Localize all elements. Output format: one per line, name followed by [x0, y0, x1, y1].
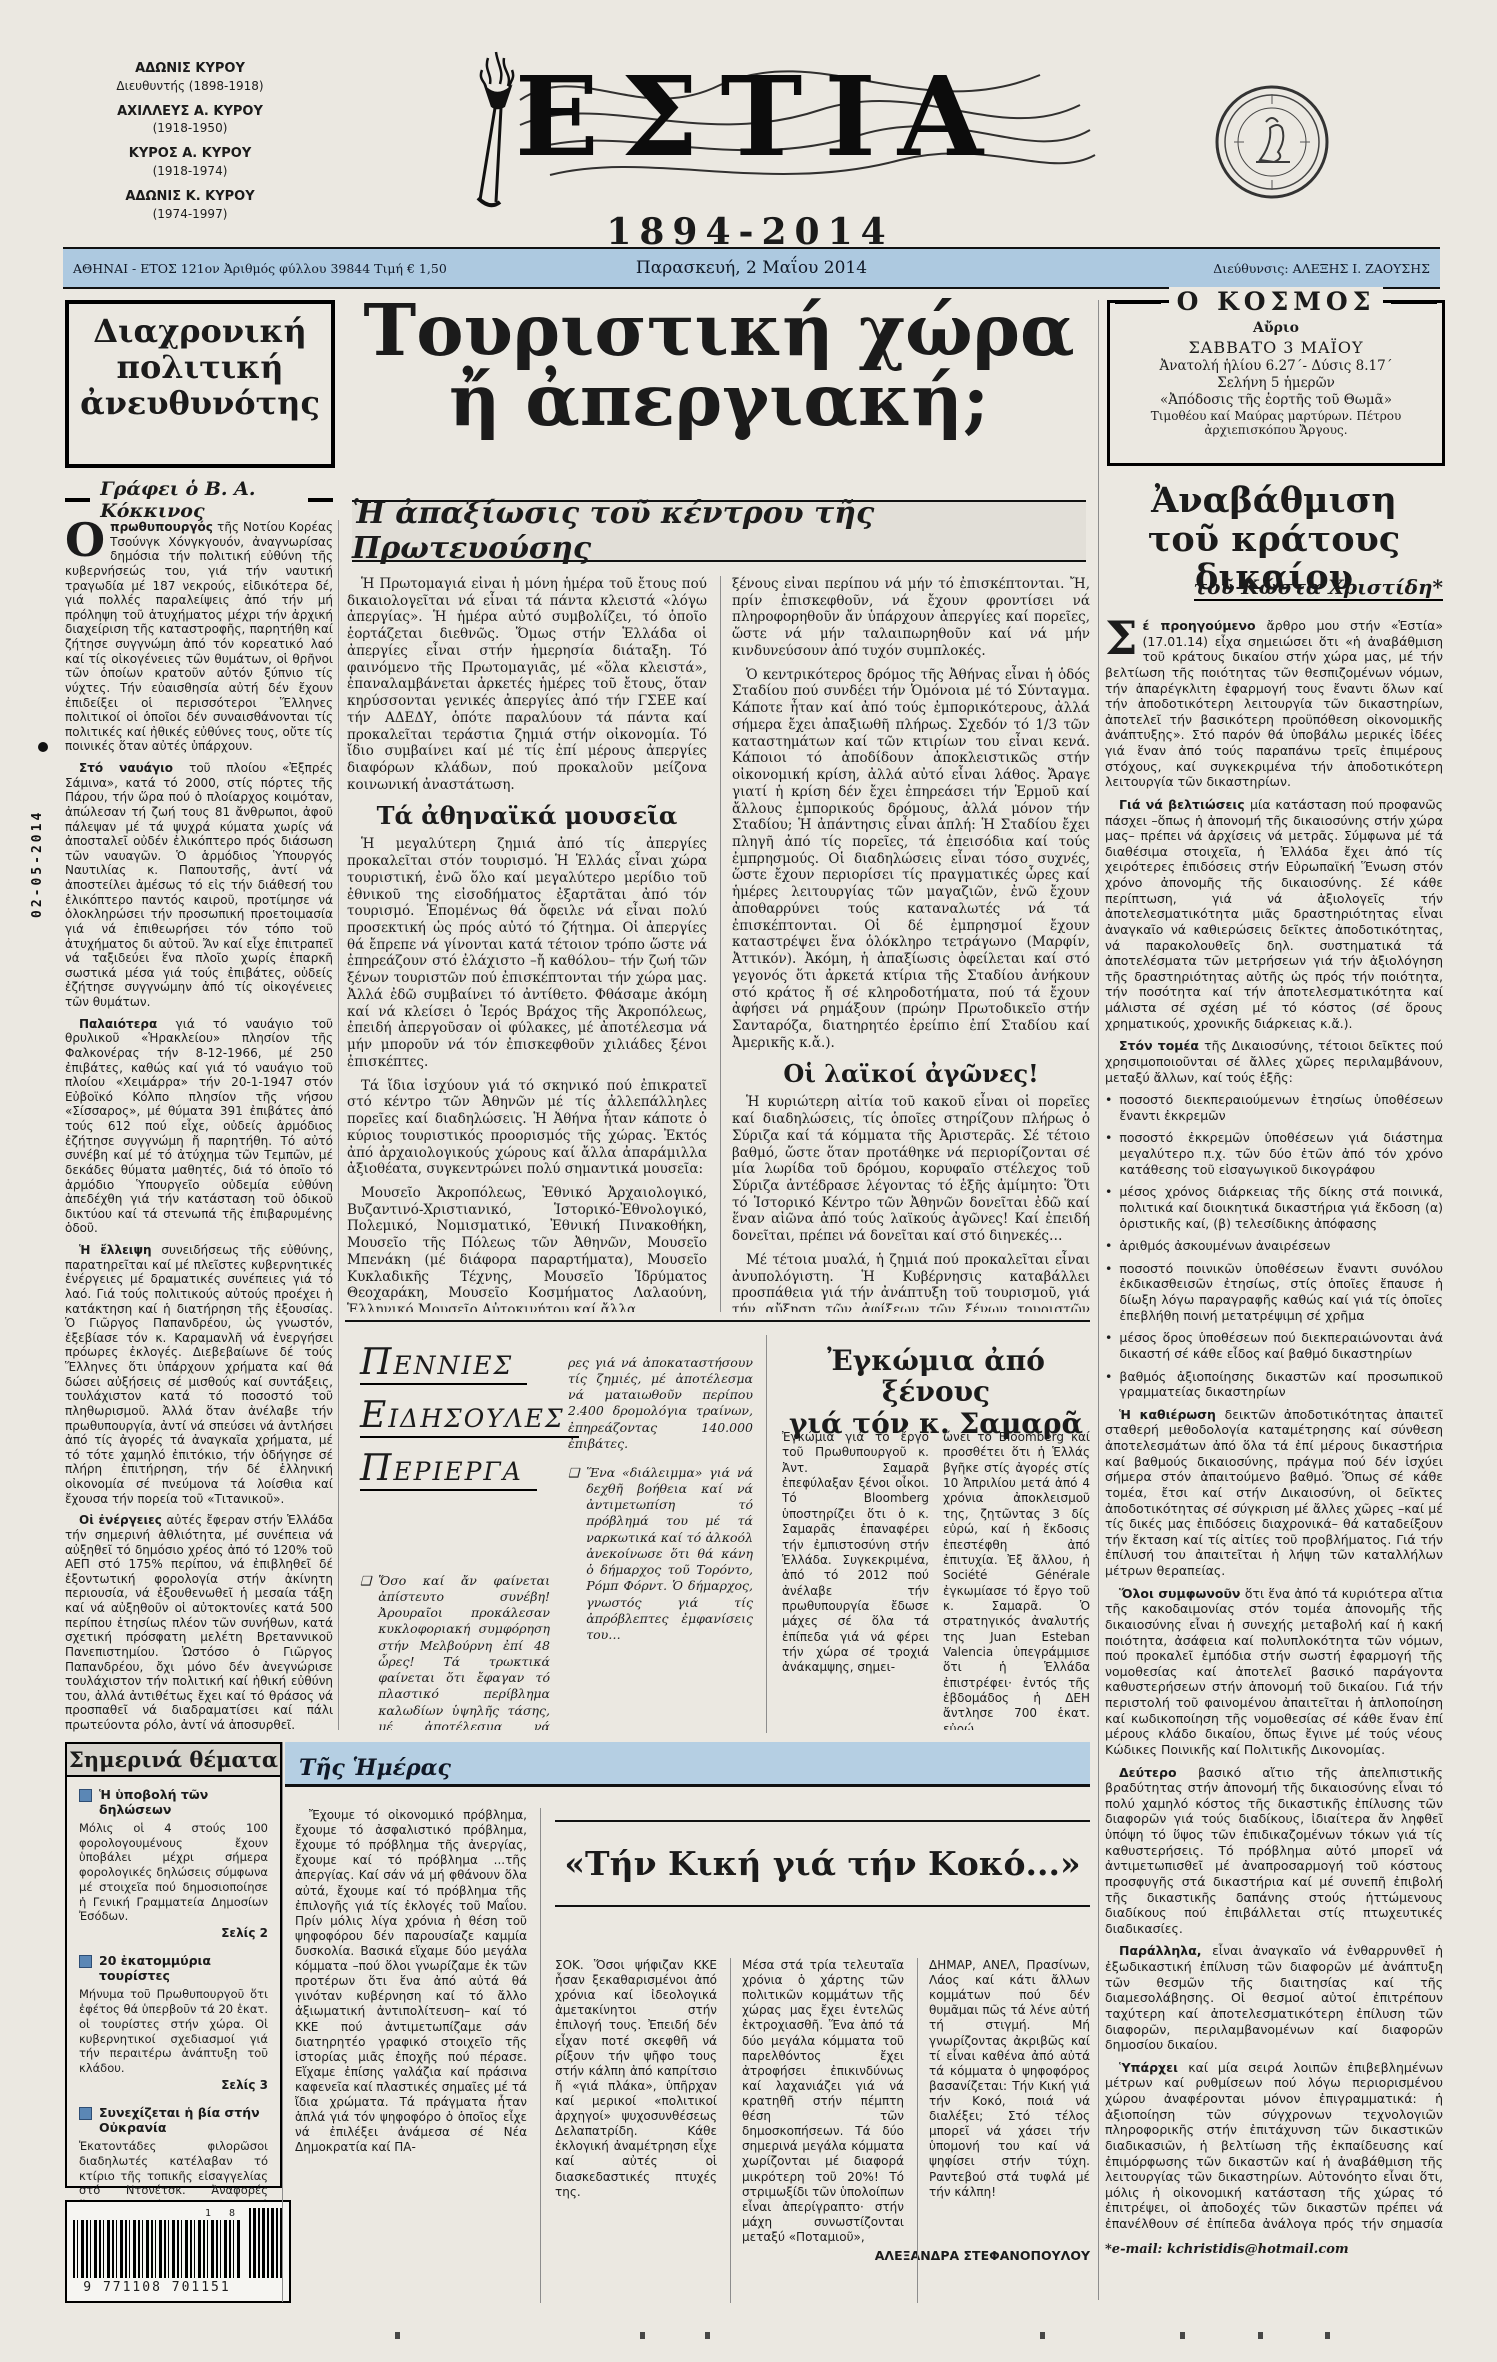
paragraph: Τά ἴδια ἰσχύουν γιά τό σκηνικό πού ἐπικρ… — [347, 1078, 707, 1178]
topic-bullet-icon — [79, 1789, 92, 1802]
left-article-byline: Γράφει ὁ Β. Α. Κόκκινος — [100, 478, 298, 522]
kosmos-line: Σελήνη 5 ἡμερῶν — [1110, 375, 1442, 391]
column-divider — [338, 520, 339, 1730]
samaras-col2: ώνει τό Bloomberg καί προσθέτει ὅτι ἡ Ἑλ… — [943, 1430, 1090, 1730]
section-head-struggles: Οἱ λαϊκοί ἀγῶνες! — [732, 1059, 1090, 1089]
paragraph: ΔΗΜΑΡ, ΑΝΕΛ, Πρασίνων, Λάος καί κάτι ἄλλ… — [929, 1958, 1090, 2200]
byline-rule — [65, 498, 90, 502]
kiki-headline: «Τήν Κική γιά τήν Κοκό...» — [555, 1820, 1090, 1907]
column-divider — [282, 1742, 283, 2302]
topic-title: Συνεχίζεται ἡ βία στήν Οὐκρανία — [99, 2105, 268, 2135]
scan-mark — [640, 2332, 645, 2339]
paragraph: Ὁ κεντρικότερος δρόμος τῆς Ἀθήνας εἶναι … — [732, 667, 1090, 1052]
topics-title: Σημερινά θέματα — [67, 1744, 280, 1777]
samaras-headline-line1: Ἐγκώμια ἀπό ξένους — [782, 1345, 1090, 1408]
paragraph: καί μία σειρά λοιπῶν ἐπιβεβλημένων μέτρω… — [1105, 2060, 1443, 2233]
main-article-col1: Ἡ Πρωτομαγιά εἶναι ἡ μόνη ἡμέρα τοῦ ἔτου… — [347, 576, 707, 1312]
bullet-icon: • — [1105, 1261, 1112, 1324]
paragraph: ξένους εἶναι περίπου νά μήν τό ἐπισκέπτο… — [732, 576, 1090, 660]
barcode-addon-bars — [249, 2208, 283, 2278]
bullet-item: ἀριθμός ἀσκουμένων ἀναιρέσεων — [1119, 1238, 1330, 1254]
paragraph: Μέ τέτοια μυαλά, ἡ ζημιά πού προκαλεῖται… — [732, 1252, 1090, 1312]
topic-bullet-icon — [79, 2107, 92, 2120]
column-divider — [730, 1958, 731, 2303]
main-headline-line2: ἤ ἀπεργιακή; — [345, 366, 1093, 436]
main-headline-line1: Τουριστική χώρα — [345, 296, 1093, 366]
day-section-label: Τῆς Ἡμέρας — [285, 1753, 451, 1784]
torch-icon — [478, 52, 513, 205]
kosmos-box: Ο ΚΟΣΜΟΣ Αὔριο ΣΑΒΒΑΤΟ 3 ΜΑΪΟΥ Ἀνατολή ἡ… — [1107, 300, 1445, 466]
bullet-icon: • — [1105, 1330, 1112, 1361]
column-divider — [1098, 300, 1099, 2300]
checkbox-bullet-icon: ❑ — [360, 1573, 371, 1731]
kosmos-rule — [1115, 300, 1161, 304]
kosmos-line: «Ἀπόδοσις τῆς ἑορτῆς τοῦ Θωμᾶ» — [1110, 392, 1442, 408]
topic-item: 20 ἑκατομμύρια τουρίστες Μήνυμα τοῦ Πρωθ… — [67, 1943, 280, 2095]
left-article-body: Ο πρωθυπουργός τῆς Νοτίου Κορέας Τσούνγκ… — [65, 520, 333, 1732]
column-divider — [766, 1335, 767, 1733]
pennies-item: Ὅσο καί ἄν φαίνεται ἀπίστευτο συνέβη! Ἀρ… — [378, 1573, 550, 1731]
founder-years: Διευθυντής (1898-1918) — [70, 78, 310, 94]
checkbox-bullet-icon: ❑ — [568, 1465, 579, 1644]
issn-barcode: 1 8 9 771108 701151 — [65, 2200, 291, 2303]
scan-mark — [1040, 2332, 1045, 2339]
kosmos-line: Αὔριο — [1110, 320, 1442, 336]
topic-title: 20 ἑκατομμύρια τουρίστες — [99, 1953, 268, 1983]
founder-name: ΑΧΙΛΛΕΥΣ Α. ΚΥΡΟΥ — [70, 103, 310, 121]
paragraph: γιά τό ναυάγιο τοῦ θρυλικοῦ «Ἡρακλείου» … — [65, 1017, 333, 1236]
topic-page: Σελίς 2 — [79, 1926, 268, 1941]
banner-director: Διεύθυνσις: ΑΛΕΞΗΣ Ι. ΖΑΟΥΣΗΣ — [978, 261, 1440, 276]
paragraph: ὅτι ἕνα ἀπό τά κυριότερα αἴτια τῆς κακοδ… — [1105, 1586, 1443, 1757]
paragraph: ώνει τό Bloomberg καί προσθέτει ὅτι ἡ Ἑλ… — [943, 1430, 1090, 1730]
divider-rule — [345, 1320, 1090, 1322]
founder-name: ΑΔΩΝΙΣ Κ. ΚΥΡΟΥ — [70, 188, 310, 206]
banner-date: Παρασκευή, 2 Μαΐου 2014 — [525, 258, 977, 278]
edge-dot — [38, 742, 48, 752]
samaras-col1: Ἐγκώμια γιά τό ἔργο τοῦ Πρωθυπουργοῦ κ. … — [782, 1430, 929, 1730]
estia-seal-icon — [1212, 82, 1332, 202]
paragraph: Ἐγκώμια γιά τό ἔργο τοῦ Πρωθυπουργοῦ κ. … — [782, 1430, 929, 1676]
bullet-item: μέσος ὅρος ὑποθέσεων πού διεκπεραιώνοντα… — [1119, 1330, 1443, 1361]
right-article-body: Σ έ προηγούμενο ἄρθρο μου στήν «Ἑστία» (… — [1105, 618, 1443, 2233]
kosmos-title: Ο ΚΟΣΜΟΣ — [1169, 287, 1384, 316]
paragraph: Μουσεῖο Ἀκροπόλεως, Ἐθνικό Ἀρχαιολογικό,… — [347, 1185, 707, 1312]
paragraph: ΣΟΚ. Ὅσοι ψήφιζαν ΚΚΕ ἦσαν ξεκαθαρισμένο… — [555, 1958, 717, 2200]
bullet-item: ποσοστό διεκπεραιούμενων ἐτησίως ὑποθέσε… — [1119, 1092, 1443, 1123]
right-article-title-line1: Ἀναβάθμιση — [1105, 482, 1443, 521]
pennies-item: ρες γιά νά ἀποκαταστήσουν τίς ζημιές, μέ… — [568, 1355, 753, 1453]
scan-mark — [1258, 2332, 1263, 2339]
bullet-icon: • — [1105, 1092, 1112, 1123]
banner-issue-info: ΑΘΗΝΑΙ - ΕΤΟΣ 121ον Ἀριθμός φύλλου 39844… — [63, 261, 525, 276]
column-divider — [540, 1808, 541, 2303]
paragraph: δεικτῶν ἀποδοτικότητας ἀπαιτεῖ σταθερή μ… — [1105, 1407, 1443, 1578]
topic-bullet-icon — [79, 1955, 92, 1968]
samaras-headline: Ἐγκώμια ἀπό ξένους γιά τόν κ. Σαμαρᾶ — [782, 1345, 1090, 1439]
left-article-titlebox: Διαχρονική πολιτική ἀνευθυνότης — [65, 300, 335, 468]
byline-rule — [308, 498, 333, 502]
dateline-banner: ΑΘΗΝΑΙ - ΕΤΟΣ 121ον Ἀριθμός φύλλου 39844… — [63, 247, 1440, 289]
founder-years: (1974-1997) — [70, 206, 310, 222]
paragraph: μία κατάσταση πού προφανῶς πάσχει –ὅπως … — [1105, 797, 1443, 1031]
founder-name: ΚΥΡΟΣ Α. ΚΥΡΟΥ — [70, 145, 310, 163]
pennies-item: Ἕνα «διάλειμμα» γιά νά δεχθῆ βοήθεια καί… — [586, 1465, 753, 1644]
kosmos-line: Ἀνατολή ἡλίου 6.27΄- Δύσις 8.17΄ — [1110, 358, 1442, 374]
main-article-col2: ξένους εἶναι περίπου νά μήν τό ἐπισκέπτο… — [732, 576, 1090, 1312]
day-section-band: Τῆς Ἡμέρας — [285, 1742, 1090, 1787]
founder-name: ΑΔΩΝΙΣ ΚΥΡΟΥ — [70, 60, 310, 78]
main-subhead-band: Ἡ ἀπαξίωσις τοῦ κέντρου τῆς Πρωτευούσης — [352, 500, 1086, 562]
paragraph: ἄρθρο μου στήν «Ἑστία» (17.01.14) εἶχα σ… — [1105, 618, 1443, 789]
column-divider — [720, 576, 721, 1312]
barcode-number: 9 771108 701151 — [73, 2280, 241, 2295]
edition-date-vertical: 02-05-2014 — [30, 810, 45, 918]
scan-mark — [705, 2332, 710, 2339]
column-divider — [917, 1958, 918, 2303]
topic-item: Ἡ ὑποβολή τῶν δηλώσεων Μόλις οἱ 4 στούς … — [67, 1777, 280, 1943]
bullet-icon: • — [1105, 1184, 1112, 1231]
logo-wordmark: ΕΣΤΙΑ — [515, 52, 1005, 181]
scan-mark — [395, 2332, 400, 2339]
dropcap: Ο — [65, 520, 110, 559]
scan-mark — [1180, 2332, 1185, 2339]
right-article-byline-row: τοῦ Κώστα Χριστίδη* — [1105, 575, 1443, 601]
section-head-museums: Τά ἀθηναϊκά μουσεῖα — [347, 801, 707, 831]
bullet-item: ποσοστό ποινικῶν ὑποθέσεων ἔναντι συνόλο… — [1119, 1261, 1443, 1324]
bullet-icon: • — [1105, 1238, 1112, 1254]
kosmos-line: Τιμοθέου καί Μαύρας μαρτύρων. Πέτρου ἀρχ… — [1110, 409, 1442, 437]
founder-years: (1918-1974) — [70, 163, 310, 179]
kiki-col3: ΔΗΜΑΡ, ΑΝΕΛ, Πρασίνων, Λάος καί κάτι ἄλλ… — [929, 1958, 1090, 2238]
topic-title: Ἡ ὑποβολή τῶν δηλώσεων — [99, 1787, 268, 1817]
paragraph: Ἔχουμε τό οἰκονομικό πρόβλημα, ἔχουμε τό… — [295, 1808, 527, 2156]
barcode-top-digits: 1 8 — [73, 2208, 241, 2219]
paragraph: Ἡ κυριώτερη αἰτία τοῦ κακοῦ εἶναι οἱ πορ… — [732, 1094, 1090, 1245]
day-intro-column: Ἔχουμε τό οἰκονομικό πρόβλημα, ἔχουμε τό… — [295, 1808, 527, 2308]
paragraph: Ἡ Πρωτομαγιά εἶναι ἡ μόνη ἡμέρα τοῦ ἔτου… — [347, 576, 707, 794]
left-article-byline-row: Γράφει ὁ Β. Α. Κόκκινος — [65, 478, 333, 522]
pennies-titles: ΠΕΝΝΙΕΣ ΕΙΔΗΣΟΥΛΕΣ ΠΕΡΙΕΡΓΑ — [360, 1342, 550, 1501]
paragraph: βασικό αἴτιο τῆς ἀπελπιστικῆς βραδύτητας… — [1105, 1765, 1443, 1936]
bullet-item: μέσος χρόνος διάρκειας τῆς δίκης στά ποι… — [1119, 1184, 1443, 1231]
dropcap: Σ — [1105, 618, 1143, 657]
kosmos-rule — [1391, 300, 1437, 304]
kosmos-line: ΣΑΒΒΑΤΟ 3 ΜΑΪΟΥ — [1110, 338, 1442, 357]
topic-page: Σελίς 3 — [79, 2078, 268, 2093]
pennies-title-1: ΠΕΝΝΙΕΣ — [360, 1342, 527, 1385]
author-email: *e-mail: kchristidis@hotmail.com — [1105, 2242, 1443, 2257]
founder-years: (1918-1950) — [70, 120, 310, 136]
masthead-logo: ΕΣΤΙΑ 1894-2014 — [400, 30, 1100, 245]
pennies-col2: ρες γιά νά ἀποκαταστήσουν τίς ζημιές, μέ… — [568, 1342, 753, 1732]
masthead-founders: ΑΔΩΝΙΣ ΚΥΡΟΥ Διευθυντής (1898-1918) ΑΧΙΛ… — [70, 60, 310, 222]
author-signature: ΑΛΕΞΑΝΔΡΑ ΣΤΕΦΑΝΟΠΟΥΛΟΥ — [845, 2248, 1090, 2263]
paragraph: τοῦ πλοίου «Ἐξπρές Σάμινα», κατά τό 2000… — [65, 761, 333, 1009]
kosmos-title-row: Ο ΚΟΣΜΟΣ — [1110, 287, 1442, 316]
main-headline: Τουριστική χώρα ἤ ἀπεργιακή; — [345, 296, 1093, 435]
topic-body: Μήνυμα τοῦ Πρωθυπουργοῦ ὅτι ἐφέτος θά ὑπ… — [79, 1987, 268, 2075]
main-subhead: Ἡ ἀπαξίωσις τοῦ κέντρου τῆς Πρωτευούσης — [352, 496, 1086, 566]
left-article-title: Διαχρονική πολιτική ἀνευθυνότης — [69, 304, 331, 421]
newspaper-page: ΑΔΩΝΙΣ ΚΥΡΟΥ Διευθυντής (1898-1918) ΑΧΙΛ… — [0, 0, 1497, 2362]
topic-body: Μόλις οἱ 4 στούς 100 φορολογουμένους ἔχο… — [79, 1821, 268, 1924]
paragraph: Μέσα στά τρία τελευταῖα χρόνια ὁ χάρτης … — [742, 1958, 904, 2245]
pennies-title-3: ΠΕΡΙΕΡΓΑ — [360, 1448, 537, 1491]
barcode-bars — [73, 2220, 241, 2278]
paragraph: συνειδήσεως τῆς εὐθύνης, παρατηρεῖται κα… — [65, 1243, 333, 1506]
bullet-item: ποσοστό ἐκκρεμῶν ὑποθέσεων γιά διάστημα … — [1119, 1130, 1443, 1177]
bullet-icon: • — [1105, 1369, 1112, 1400]
right-article-byline: τοῦ Κώστα Χριστίδη* — [1194, 575, 1443, 601]
kiki-col1: ΣΟΚ. Ὅσοι ψήφιζαν ΚΚΕ ἦσαν ξεκαθαρισμένο… — [555, 1958, 717, 2308]
bullet-icon: • — [1105, 1130, 1112, 1177]
bullet-item: βαθμός ἀξιοποίησης δικαστῶν καί προσωπικ… — [1119, 1369, 1443, 1400]
topics-box: Σημερινά θέματα Ἡ ὑποβολή τῶν δηλώσεων Μ… — [65, 1742, 282, 2188]
paragraph: Ἡ μεγαλύτερη ζημιά ἀπό τίς ἀπεργίες προκ… — [347, 836, 707, 1070]
paragraph: αὐτές ἔφεραν στήν Ἑλλάδα τήν σημερινή ἀθ… — [65, 1513, 333, 1732]
pennies-col1: ❑Ὅσο καί ἄν φαίνεται ἀπίστευτο συνέβη! Ἀ… — [360, 1560, 550, 1730]
pennies-title-2: ΕΙΔΗΣΟΥΛΕΣ — [360, 1395, 579, 1438]
paragraph: εἶναι ἀναγκαῖο νά ἐνθαρρυνθεῖ ἡ ἐξωδικασ… — [1105, 1943, 1443, 2052]
scan-mark — [1325, 2332, 1330, 2339]
